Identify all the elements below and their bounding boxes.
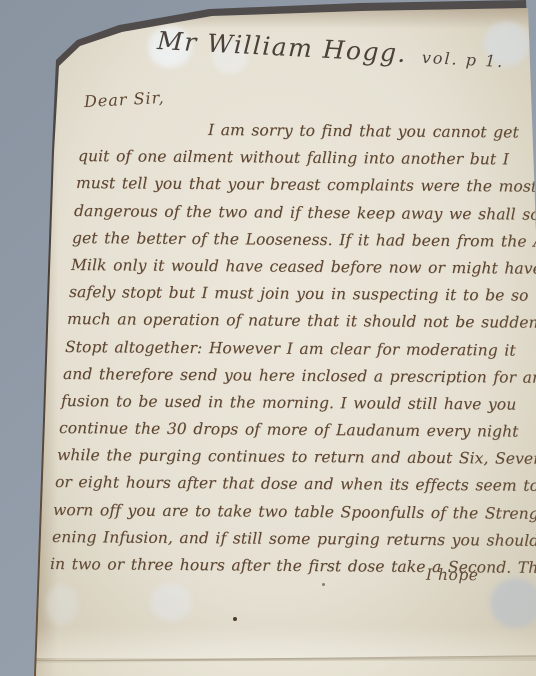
- letter-page: Mr William Hogg. vol. p 1. Dear Sir, I a…: [0, 0, 536, 676]
- manuscript-scan: Mr William Hogg. vol. p 1. Dear Sir, I a…: [0, 0, 536, 676]
- paper-vignette: [0, 0, 536, 676]
